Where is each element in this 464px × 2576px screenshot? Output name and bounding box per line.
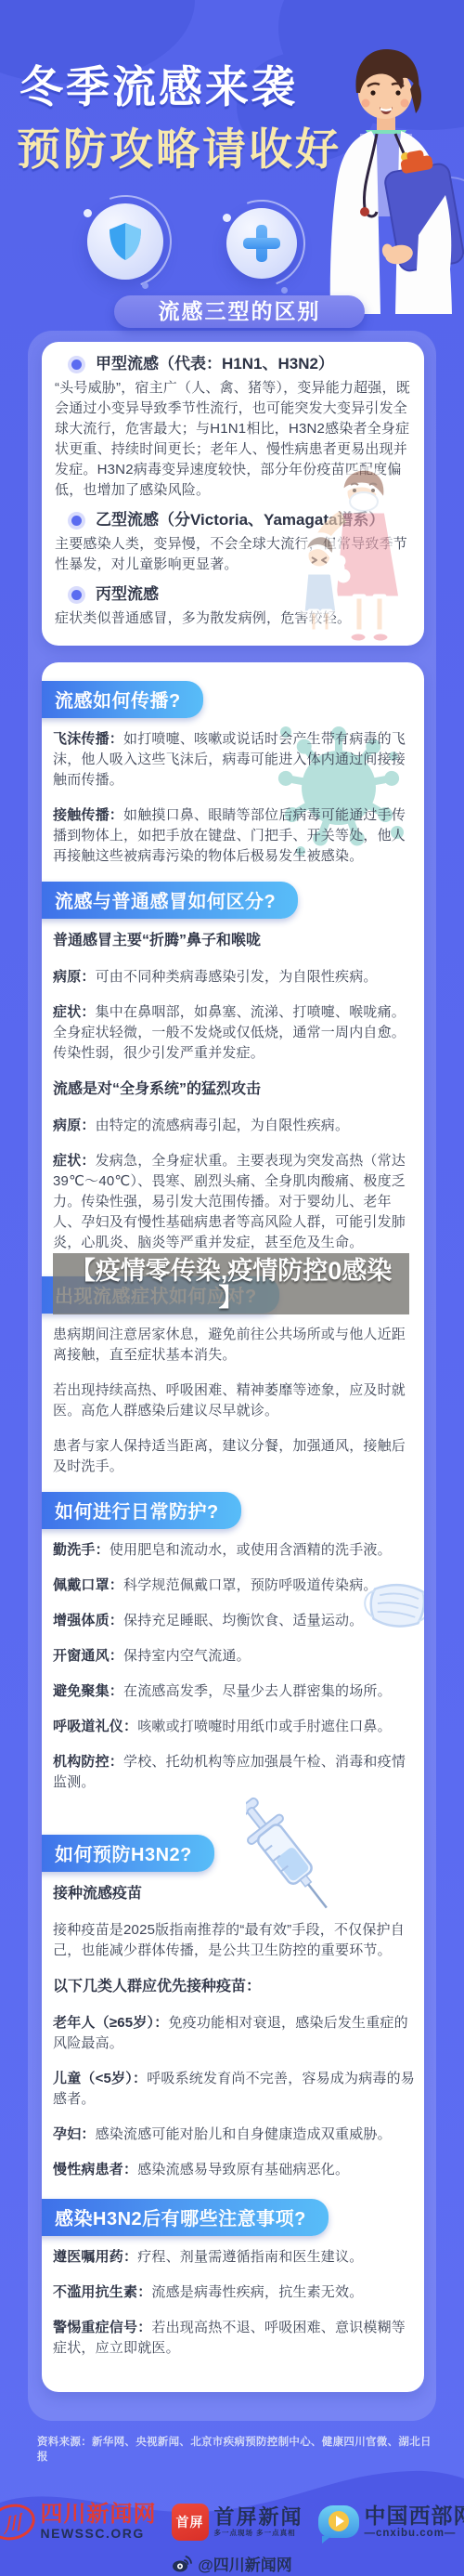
section-paragraph: 症状：集中在鼻咽部，如鼻塞、流涕、打喷嚏、喉咙痛。全身症状轻微，一般不发烧或仅低…	[53, 1002, 415, 1064]
paragraph-label: 症状：	[53, 1004, 96, 1020]
medical-cross-badge	[226, 208, 297, 279]
section-paragraph: 不滥用抗生素：流感是病毒性疾病，抗生素无效。	[53, 2282, 415, 2303]
paragraph-text: 流感是病毒性疾病，抗生素无效。	[151, 2284, 363, 2300]
paragraph-text: 使用肥皂和流动水，或使用含酒精的洗手液。	[110, 1542, 392, 1558]
logo-sichuan-news: 川 四川新闻网 NEWSSC.ORG	[0, 2503, 157, 2541]
paragraph-label: 避免聚集：	[53, 1683, 123, 1699]
sichuan-news-icon: 川	[0, 2499, 38, 2544]
flu-type-title: 甲型流感（代表：H1N1、H3N2）	[55, 353, 413, 375]
shield-icon	[107, 221, 144, 262]
paragraph-text: 感染流感易导致原有基础病恶化。	[137, 2162, 349, 2177]
paragraph-label: 症状：	[53, 1153, 96, 1169]
section-paragraph: 开窗通风：保持室内空气流通。	[53, 1646, 415, 1667]
section-subheading: 流感是对“全身系统”的猛烈攻击	[53, 1079, 415, 1101]
paragraph-text: 保持充足睡眠、均衡饮食、适量运动。	[123, 1613, 363, 1628]
section-paragraph: 飞沫传播：如打喷嚏、咳嗽或说话时会产生带有病毒的飞沫，他人吸入这些飞沫后，病毒可…	[53, 729, 415, 791]
section-title-ribbon: 流感如何传播?	[42, 681, 203, 718]
section-paragraph: 遵医嘱用药：疗程、剂量需遵循指南和医生建议。	[53, 2247, 415, 2268]
paragraph-text: 科学规范佩戴口罩，预防呼吸道传染病。	[123, 1577, 378, 1593]
section-paragraph: 若出现持续高热、呼吸困难、精神萎靡等迹象，应及时就医。高危人群感染后建议尽早就诊…	[53, 1380, 415, 1421]
info-card: 流感如何传播? 飞沫传播：如打喷嚏、咳嗽或说话时会产生带有病毒的飞沫，他人吸入这…	[42, 662, 424, 2392]
source-credit: 资料来源：新华网、央视新闻、北京市疾病预防控制中心、健康四川官微、湖北日报	[37, 2434, 432, 2464]
section-paragraph: 机构防控：学校、托幼机构等应加强晨午检、消毒和疫情监测。	[53, 1752, 415, 1793]
section-paragraph: 增强体质：保持充足睡眠、均衡饮食、适量运动。	[53, 1611, 415, 1631]
paragraph-label: 勤洗手：	[53, 1542, 110, 1558]
shield-badge	[87, 203, 163, 280]
paragraph-label: 开窗通风：	[53, 1648, 123, 1664]
poster-title-line2: 预防攻略请收好	[17, 127, 342, 171]
poster-title-line1: 冬季流感来袭	[19, 65, 298, 109]
logo-name: 首屏新闻	[214, 2506, 303, 2529]
section-paragraph: 接触传播：如触摸口鼻、眼睛等部位后病毒可能通过手传播到物体上，如把手放在键盘、门…	[53, 805, 415, 867]
flu-infographic-poster: 冬季流感来袭 预防攻略请收好	[0, 0, 464, 2576]
paragraph-text: 感染流感可能对胎儿和自身健康造成双重威胁。	[96, 2126, 392, 2142]
section-flu-transmission: 流感如何传播? 飞沫传播：如打喷嚏、咳嗽或说话时会产生带有病毒的飞沫，他人吸入这…	[53, 681, 415, 867]
paragraph-label: 接触传播：	[53, 807, 123, 823]
paragraph-text: 疗程、剂量需遵循指南和医生建议。	[137, 2249, 363, 2265]
section-subheading: 普通感冒主要“折腾”鼻子和喉咙	[53, 930, 415, 952]
section-paragraph: 勤洗手：使用肥皂和流动水，或使用含酒精的洗手液。	[53, 1540, 415, 1561]
play-icon	[329, 2511, 349, 2531]
weibo-handle: @四川新闻网	[0, 2552, 464, 2575]
paragraph-label: 孕妇：	[53, 2126, 96, 2142]
section-title-ribbon: 感染H3N2后有哪些注意事项?	[42, 2199, 329, 2236]
section-paragraph: 接种疫苗是2025版指南推荐的“最有效”手段，不仅保护自己，也能减少群体传播，是…	[53, 1920, 415, 1961]
paragraph-label: 儿童（<5岁）：	[53, 2071, 147, 2086]
paragraph-label: 老年人（≥65岁）：	[53, 2015, 168, 2031]
section-paragraph: 儿童（<5岁）：呼吸系统发育尚不完善，容易成为病毒的易感者。	[53, 2069, 415, 2110]
paragraph-text: 保持室内空气流通。	[123, 1648, 251, 1664]
section-paragraph: 病原：可由不同种类病毒感染引发，为自限性疾病。	[53, 967, 415, 987]
paragraph-label: 机构防控：	[53, 1754, 123, 1770]
paragraph-label: 呼吸道礼仪：	[53, 1719, 137, 1734]
paragraph-label: 警惕重症信号：	[53, 2320, 151, 2335]
paragraph-text: 可由不同种类病毒感染引发，为自限性疾病。	[96, 969, 378, 985]
paragraph-label: 飞沫传播：	[53, 731, 123, 747]
paragraph-text: 咳嗽或打喷嚏时用纸巾或手肘遮住口鼻。	[137, 1719, 392, 1734]
section-subheading: 以下几类人群应优先接种疫苗：	[53, 1976, 415, 1998]
section-h3n2-prevention: 如何预防H3N2? 接种流感疫苗 接种疫苗是2025版指南推荐的“最有效”手段，…	[53, 1835, 415, 2180]
paragraph-label: 增强体质：	[53, 1613, 123, 1628]
paragraph-text: 在流感高发季，尽量少去人群密集的场所。	[123, 1683, 392, 1699]
watermark-overlay: 【疫情零传染,疫情防控0感染 】	[53, 1253, 409, 1314]
doctor-illustration	[306, 35, 464, 314]
logo-name: 四川新闻网	[41, 2503, 157, 2526]
section-paragraph: 患病期间注意居家休息，避免前往公共场所或与他人近距离接触，直至症状基本消失。	[53, 1325, 415, 1366]
section-paragraph: 呼吸道礼仪：咳嗽或打喷嚏时用纸巾或手肘遮住口鼻。	[53, 1717, 415, 1737]
logo-glyph: 川	[2, 2505, 21, 2537]
logo-slogan: 多一点现场 多一点真相	[214, 2529, 303, 2538]
paragraph-text: 集中在鼻咽部，如鼻塞、流涕、打喷嚏、喉咙痛。全身症状轻微，一般不发烧或仅低烧，通…	[53, 1004, 406, 1061]
section-paragraph: 老年人（≥65岁）：免疫功能相对衰退，感染后发生重症的风险最高。	[53, 2013, 415, 2054]
logo-subtitle: NEWSSC.ORG	[41, 2526, 157, 2541]
section-daily-protection: 如何进行日常防护? 勤洗手：使用肥皂和流动水，或使用含酒精的洗手液。 佩戴口罩：…	[53, 1492, 415, 1793]
section-h3n2-care-notes: 感染H3N2后有哪些注意事项? 遵医嘱用药：疗程、剂量需遵循指南和医生建议。 不…	[53, 2199, 415, 2359]
section-flu-vs-cold: 流感与普通感冒如何区分? 普通感冒主要“折腾”鼻子和喉咙 病原：可由不同种类病毒…	[53, 882, 415, 1253]
paragraph-label: 不滥用抗生素：	[53, 2284, 151, 2300]
section-paragraph: 孕妇：感染流感可能对胎儿和自身健康造成双重威胁。	[53, 2125, 415, 2145]
watermark-text-line1: 【疫情零传染,疫情防控0感染	[57, 1256, 406, 1286]
section-subheading: 接种流感疫苗	[53, 1883, 415, 1905]
topic-badge: 流感三型的区别	[114, 295, 365, 328]
medical-cross-icon	[243, 225, 280, 262]
section-paragraph: 警惕重症信号：若出现高热不退、呼吸困难、意识模糊等症状，应立即就医。	[53, 2318, 415, 2359]
mother-child-illustration	[277, 457, 432, 654]
section-title-ribbon: 如何进行日常防护?	[42, 1492, 241, 1529]
logo-name: 中国西部网	[365, 2504, 464, 2527]
section-paragraph: 患者与家人保持适当距离，建议分餐，加强通风，接触后及时洗手。	[53, 1436, 415, 1477]
section-title-ribbon: 如何预防H3N2?	[42, 1835, 214, 1872]
weibo-icon	[172, 2555, 192, 2572]
play-bubble-icon	[318, 2505, 359, 2538]
section-paragraph: 慢性病患者：感染流感易导致原有基础病恶化。	[53, 2160, 415, 2180]
logo-china-west: 中国西部网 —cnxibu.com—	[318, 2504, 464, 2540]
section-paragraph: 避免聚集：在流感高发季，尽量少去人群密集的场所。	[53, 1681, 415, 1702]
logo-subtitle: —cnxibu.com—	[365, 2527, 464, 2540]
section-paragraph: 病原：由特定的流感病毒引起，为自限性疾病。	[53, 1116, 415, 1136]
shouping-app-icon: 首屏	[172, 2504, 209, 2541]
paragraph-label: 病原：	[53, 969, 96, 985]
paragraph-text: 由特定的流感病毒引起，为自限性疾病。	[96, 1118, 350, 1133]
weibo-handle-text: @四川新闻网	[198, 2552, 292, 2575]
section-paragraph: 症状：发病急，全身症状重。主要表现为突发高热（常达39℃～40℃）、畏寒、剧烈头…	[53, 1151, 415, 1253]
paragraph-text: 发病急，全身症状重。主要表现为突发高热（常达39℃～40℃）、畏寒、剧烈头痛、全…	[53, 1153, 406, 1250]
paragraph-label: 病原：	[53, 1118, 96, 1133]
footer-logos: 川 四川新闻网 NEWSSC.ORG 首屏 首屏新闻 多一点现场 多一点真相 中…	[0, 2503, 464, 2541]
paragraph-label: 慢性病患者：	[53, 2162, 137, 2177]
paragraph-label: 遵医嘱用药：	[53, 2249, 137, 2265]
logo-shouping-news: 首屏 首屏新闻 多一点现场 多一点真相	[172, 2504, 303, 2541]
watermark-text-line2: 】	[57, 1286, 406, 1310]
section-paragraph: 佩戴口罩：科学规范佩戴口罩，预防呼吸道传染病。	[53, 1576, 415, 1596]
section-title-ribbon: 流感与普通感冒如何区分?	[42, 882, 298, 919]
paragraph-label: 佩戴口罩：	[53, 1577, 123, 1593]
